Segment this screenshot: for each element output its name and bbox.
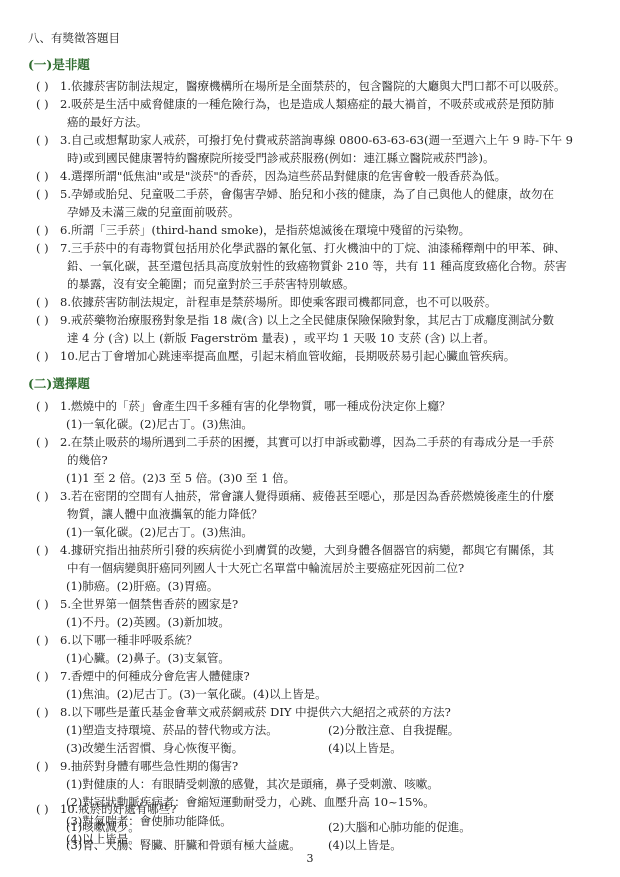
question-options: (1)肺癌。(2)肝癌。(3)胃癌。 bbox=[36, 577, 596, 595]
question-options: (1)塑造支持環境、菸品的替代物或方法。 (2)分散注意、自我提醒。 (3)改變… bbox=[36, 721, 596, 757]
answer-blank[interactable]: ( ) bbox=[36, 487, 60, 505]
question-options: (1)咳嗽減少。 (2)大腦和心肺功能的促進。 (3)胃、大腸、腎臟、肝臟和骨頭… bbox=[36, 818, 596, 854]
answer-blank[interactable]: ( ) bbox=[36, 167, 60, 185]
question-text-cont: 中有一個病變與肝癌同列國人十大死亡名單當中輪流居於主要癌症死因前二位? bbox=[36, 559, 596, 577]
tf-question-10: ( )10.尼古丁會增加心跳速率提高血壓，引起末梢血管收縮，長期吸菸易引起心臟血… bbox=[36, 347, 596, 365]
answer-blank[interactable]: ( ) bbox=[36, 239, 60, 257]
question-text-cont: 達 4 分 (含) 以上 (新版 Fagerström 量表) ，或平均 1 天… bbox=[36, 329, 596, 347]
page-number: 3 bbox=[0, 852, 620, 865]
mc-question-4: ( )4.據研究指出抽菸所引發的疾病從小到膚質的改變，大到身體各個器官的病變，都… bbox=[36, 541, 596, 596]
question-text-cont: 的幾倍? bbox=[36, 451, 596, 469]
mc-question-3: ( )3.若在密閉的空間有人抽菸，常會讓人覺得頭痛、疲倦甚至噁心，那是因為香菸燃… bbox=[36, 487, 596, 542]
tf-question-4: ( )4.選擇所謂"低焦油"或是"淡菸"的香菸，因為這些菸品對健康的危害會較一般… bbox=[36, 167, 596, 185]
tf-question-3: ( )3.自己或想幫助家人戒菸，可撥打免付費戒菸諮詢專線 0800-63-63-… bbox=[36, 131, 596, 167]
question-options: (1)1 至 2 倍。(2)3 至 5 倍。(3)0 至 1 倍。 bbox=[36, 469, 596, 487]
question-text-cont: 孕婦及未滿三歲的兒童面前吸菸。 bbox=[36, 203, 596, 221]
tf-question-5: ( )5.孕婦或胎兒、兒童吸二手菸，會傷害孕婦、胎兒和小孩的健康，為了自己與他人… bbox=[36, 185, 596, 221]
question-text: 依據菸害防制法規定，醫療機構所在場所是全面禁菸的，包含醫院的大廳與大門口都不可以… bbox=[71, 77, 566, 95]
answer-blank[interactable]: ( ) bbox=[36, 541, 60, 559]
option-1: (1)塑造支持環境、菸品的替代物或方法。 bbox=[66, 721, 328, 739]
question-text: 吸菸是生活中威脅健康的一種危險行為，也是造成人類癌症的最大禍首，不吸菸或戒菸是預… bbox=[71, 95, 554, 113]
answer-blank[interactable]: ( ) bbox=[36, 293, 60, 311]
question-text: 依據菸害防制法規定，計程車是禁菸場所。即使乘客跟司機都同意，也不可以吸菸。 bbox=[71, 293, 497, 311]
question-text: 據研究指出抽菸所引發的疾病從小到膚質的改變，大到身體各個器官的病變，都與它有關係… bbox=[71, 541, 554, 559]
question-text: 全世界第一個禁售香菸的國家是? bbox=[71, 595, 238, 613]
question-text: 以下哪些是董氏基金會華文戒菸網戒菸 DIY 中提供六大絕招之戒菸的方法? bbox=[71, 703, 451, 721]
mc-question-1: ( )1.燃燒中的「菸」會產生四千多種有害的化學物質，哪一種成份決定你上癮？ (… bbox=[36, 397, 596, 433]
mc-question-6: ( )6.以下哪一種非呼吸系統？ (1)心臟。(2)鼻子。(3)支氣管。 bbox=[36, 631, 596, 667]
option-1: (1)咳嗽減少。 bbox=[66, 818, 328, 836]
question-text: 燃燒中的「菸」會產生四千多種有害的化學物質，哪一種成份決定你上癮？ bbox=[71, 397, 451, 415]
answer-blank[interactable]: ( ) bbox=[36, 631, 60, 649]
tf-question-9: ( )9.戒菸藥物治療服務對象是指 18 歲(含) 以上之全民健康保險保險對象，… bbox=[36, 311, 596, 347]
answer-blank[interactable]: ( ) bbox=[36, 667, 60, 685]
option-2: (2)分散注意、自我提醒。 bbox=[328, 721, 596, 739]
answer-blank[interactable]: ( ) bbox=[36, 77, 60, 95]
answer-blank[interactable]: ( ) bbox=[36, 703, 60, 721]
page-title: 八、有獎徵答題目 bbox=[28, 30, 120, 46]
answer-blank[interactable]: ( ) bbox=[36, 347, 60, 365]
question-text: 戒菸的好處有哪些? bbox=[78, 800, 176, 818]
section-heading-multiple-choice: (二)選擇題 bbox=[28, 374, 90, 392]
answer-blank[interactable]: ( ) bbox=[36, 185, 60, 203]
question-text-cont: 癌的最好方法。 bbox=[36, 113, 596, 131]
question-text-cont: 時)或到國民健康署特約醫療院所接受門診戒菸服務(例如：連江縣立醫院戒菸門診)。 bbox=[36, 149, 596, 167]
question-text-cont: 的暴露，沒有安全範圍；而兒童對於三手菸害特別敏感。 bbox=[36, 275, 596, 293]
mc-question-10-block: ( )10.戒菸的好處有哪些? (1)咳嗽減少。 (2)大腦和心肺功能的促進。 … bbox=[36, 800, 596, 855]
answer-blank[interactable]: ( ) bbox=[36, 397, 60, 415]
answer-blank[interactable]: ( ) bbox=[36, 131, 60, 149]
question-text: 選擇所謂"低焦油"或是"淡菸"的香菸，因為這些菸品對健康的危害會較一般香菸為低。 bbox=[71, 167, 506, 185]
question-text: 抽菸對身體有哪些急性期的傷害? bbox=[71, 757, 238, 775]
option-1: (1)對健康的人：有眼睛受刺激的感覺，其次是頭痛，鼻子受刺激、咳嗽。 bbox=[36, 775, 596, 793]
tf-question-2: ( )2.吸菸是生活中威脅健康的一種危險行為，也是造成人類癌症的最大禍首，不吸菸… bbox=[36, 95, 596, 131]
question-text: 尼古丁會增加心跳速率提高血壓，引起末梢血管收縮，長期吸菸易引起心臟血管疾病。 bbox=[78, 347, 515, 365]
mc-question-2: ( )2.在禁止吸菸的場所遇到二手菸的困擾，其實可以打申訴或勸導，因為二手菸的有… bbox=[36, 433, 596, 488]
question-text: 以下哪一種非呼吸系統？ bbox=[71, 631, 198, 649]
option-4: (4)以上皆是。 bbox=[328, 739, 596, 757]
answer-blank[interactable]: ( ) bbox=[36, 595, 60, 613]
question-text: 在禁止吸菸的場所遇到二手菸的困擾，其實可以打申訴或勸導，因為二手菸的有毒成分是一… bbox=[71, 433, 554, 451]
answer-blank[interactable]: ( ) bbox=[36, 433, 60, 451]
answer-blank[interactable]: ( ) bbox=[36, 95, 60, 113]
tf-question-6: ( )6.所謂「三手菸」(third-hand smoke)，是指菸熄滅後在環境… bbox=[36, 221, 596, 239]
question-text: 孕婦或胎兒、兒童吸二手菸，會傷害孕婦、胎兒和小孩的健康，為了自己與他人的健康，故… bbox=[71, 185, 554, 203]
document-page: 八、有獎徵答題目 (一)是非題 ( )1.依據菸害防制法規定，醫療機構所在場所是… bbox=[0, 0, 620, 877]
question-options: (1)焦油。(2)尼古丁。(3)一氧化碳。(4)以上皆是。 bbox=[36, 685, 596, 703]
question-text: 戒菸藥物治療服務對象是指 18 歲(含) 以上之全民健康保險保險對象，其尼古丁成… bbox=[71, 311, 554, 329]
mc-question-8: ( )8.以下哪些是董氏基金會華文戒菸網戒菸 DIY 中提供六大絕招之戒菸的方法… bbox=[36, 703, 596, 758]
mc-question-7: ( )7.香煙中的何種成分會危害人體健康? (1)焦油。(2)尼古丁。(3)一氧… bbox=[36, 667, 596, 703]
answer-blank[interactable]: ( ) bbox=[36, 311, 60, 329]
mc-question-5: ( )5.全世界第一個禁售香菸的國家是? (1)不丹。(2)英國。(3)新加坡。 bbox=[36, 595, 596, 631]
section-heading-true-false: (一)是非題 bbox=[28, 55, 90, 73]
question-text-cont: 物質，讓人體中血液攜氧的能力降低？ bbox=[36, 505, 596, 523]
question-text: 所謂「三手菸」(third-hand smoke)，是指菸熄滅後在環境中殘留的污… bbox=[71, 221, 470, 239]
answer-blank[interactable]: ( ) bbox=[36, 221, 60, 239]
question-options: (1)一氧化碳。(2)尼古丁。(3)焦油。 bbox=[36, 523, 596, 541]
question-options: (1)不丹。(2)英國。(3)新加坡。 bbox=[36, 613, 596, 631]
question-text: 若在密閉的空間有人抽菸，常會讓人覺得頭痛、疲倦甚至噁心，那是因為香菸燃燒後產生的… bbox=[71, 487, 554, 505]
question-options: (1)一氧化碳。(2)尼古丁。(3)焦油。 bbox=[36, 415, 596, 433]
question-text: 香煙中的何種成分會危害人體健康? bbox=[71, 667, 250, 685]
question-text: 三手菸中的有毒物質包括用於化學武器的氰化氫、打火機油中的丁烷、油漆稀釋劑中的甲苯… bbox=[71, 239, 566, 257]
tf-question-7: ( )7.三手菸中的有毒物質包括用於化學武器的氰化氫、打火機油中的丁烷、油漆稀釋… bbox=[36, 239, 596, 294]
answer-blank[interactable]: ( ) bbox=[36, 757, 60, 775]
question-options: (1)心臟。(2)鼻子。(3)支氣管。 bbox=[36, 649, 596, 667]
tf-question-8: ( )8.依據菸害防制法規定，計程車是禁菸場所。即使乘客跟司機都同意，也不可以吸… bbox=[36, 293, 596, 311]
question-text-cont: 鉛、一氧化碳，甚至還包括具高度放射性的致癌物質釙 210 等，共有 11 種高度… bbox=[36, 257, 596, 275]
option-2: (2)大腦和心肺功能的促進。 bbox=[328, 818, 596, 836]
answer-blank[interactable]: ( ) bbox=[36, 800, 60, 818]
tf-question-1: ( )1.依據菸害防制法規定，醫療機構所在場所是全面禁菸的，包含醫院的大廳與大門… bbox=[36, 77, 596, 95]
option-3: (3)改變生活習慣、身心恢復平衡。 bbox=[66, 739, 328, 757]
question-text: 自己或想幫助家人戒菸，可撥打免付費戒菸諮詢專線 0800-63-63-63(週一… bbox=[71, 131, 573, 149]
